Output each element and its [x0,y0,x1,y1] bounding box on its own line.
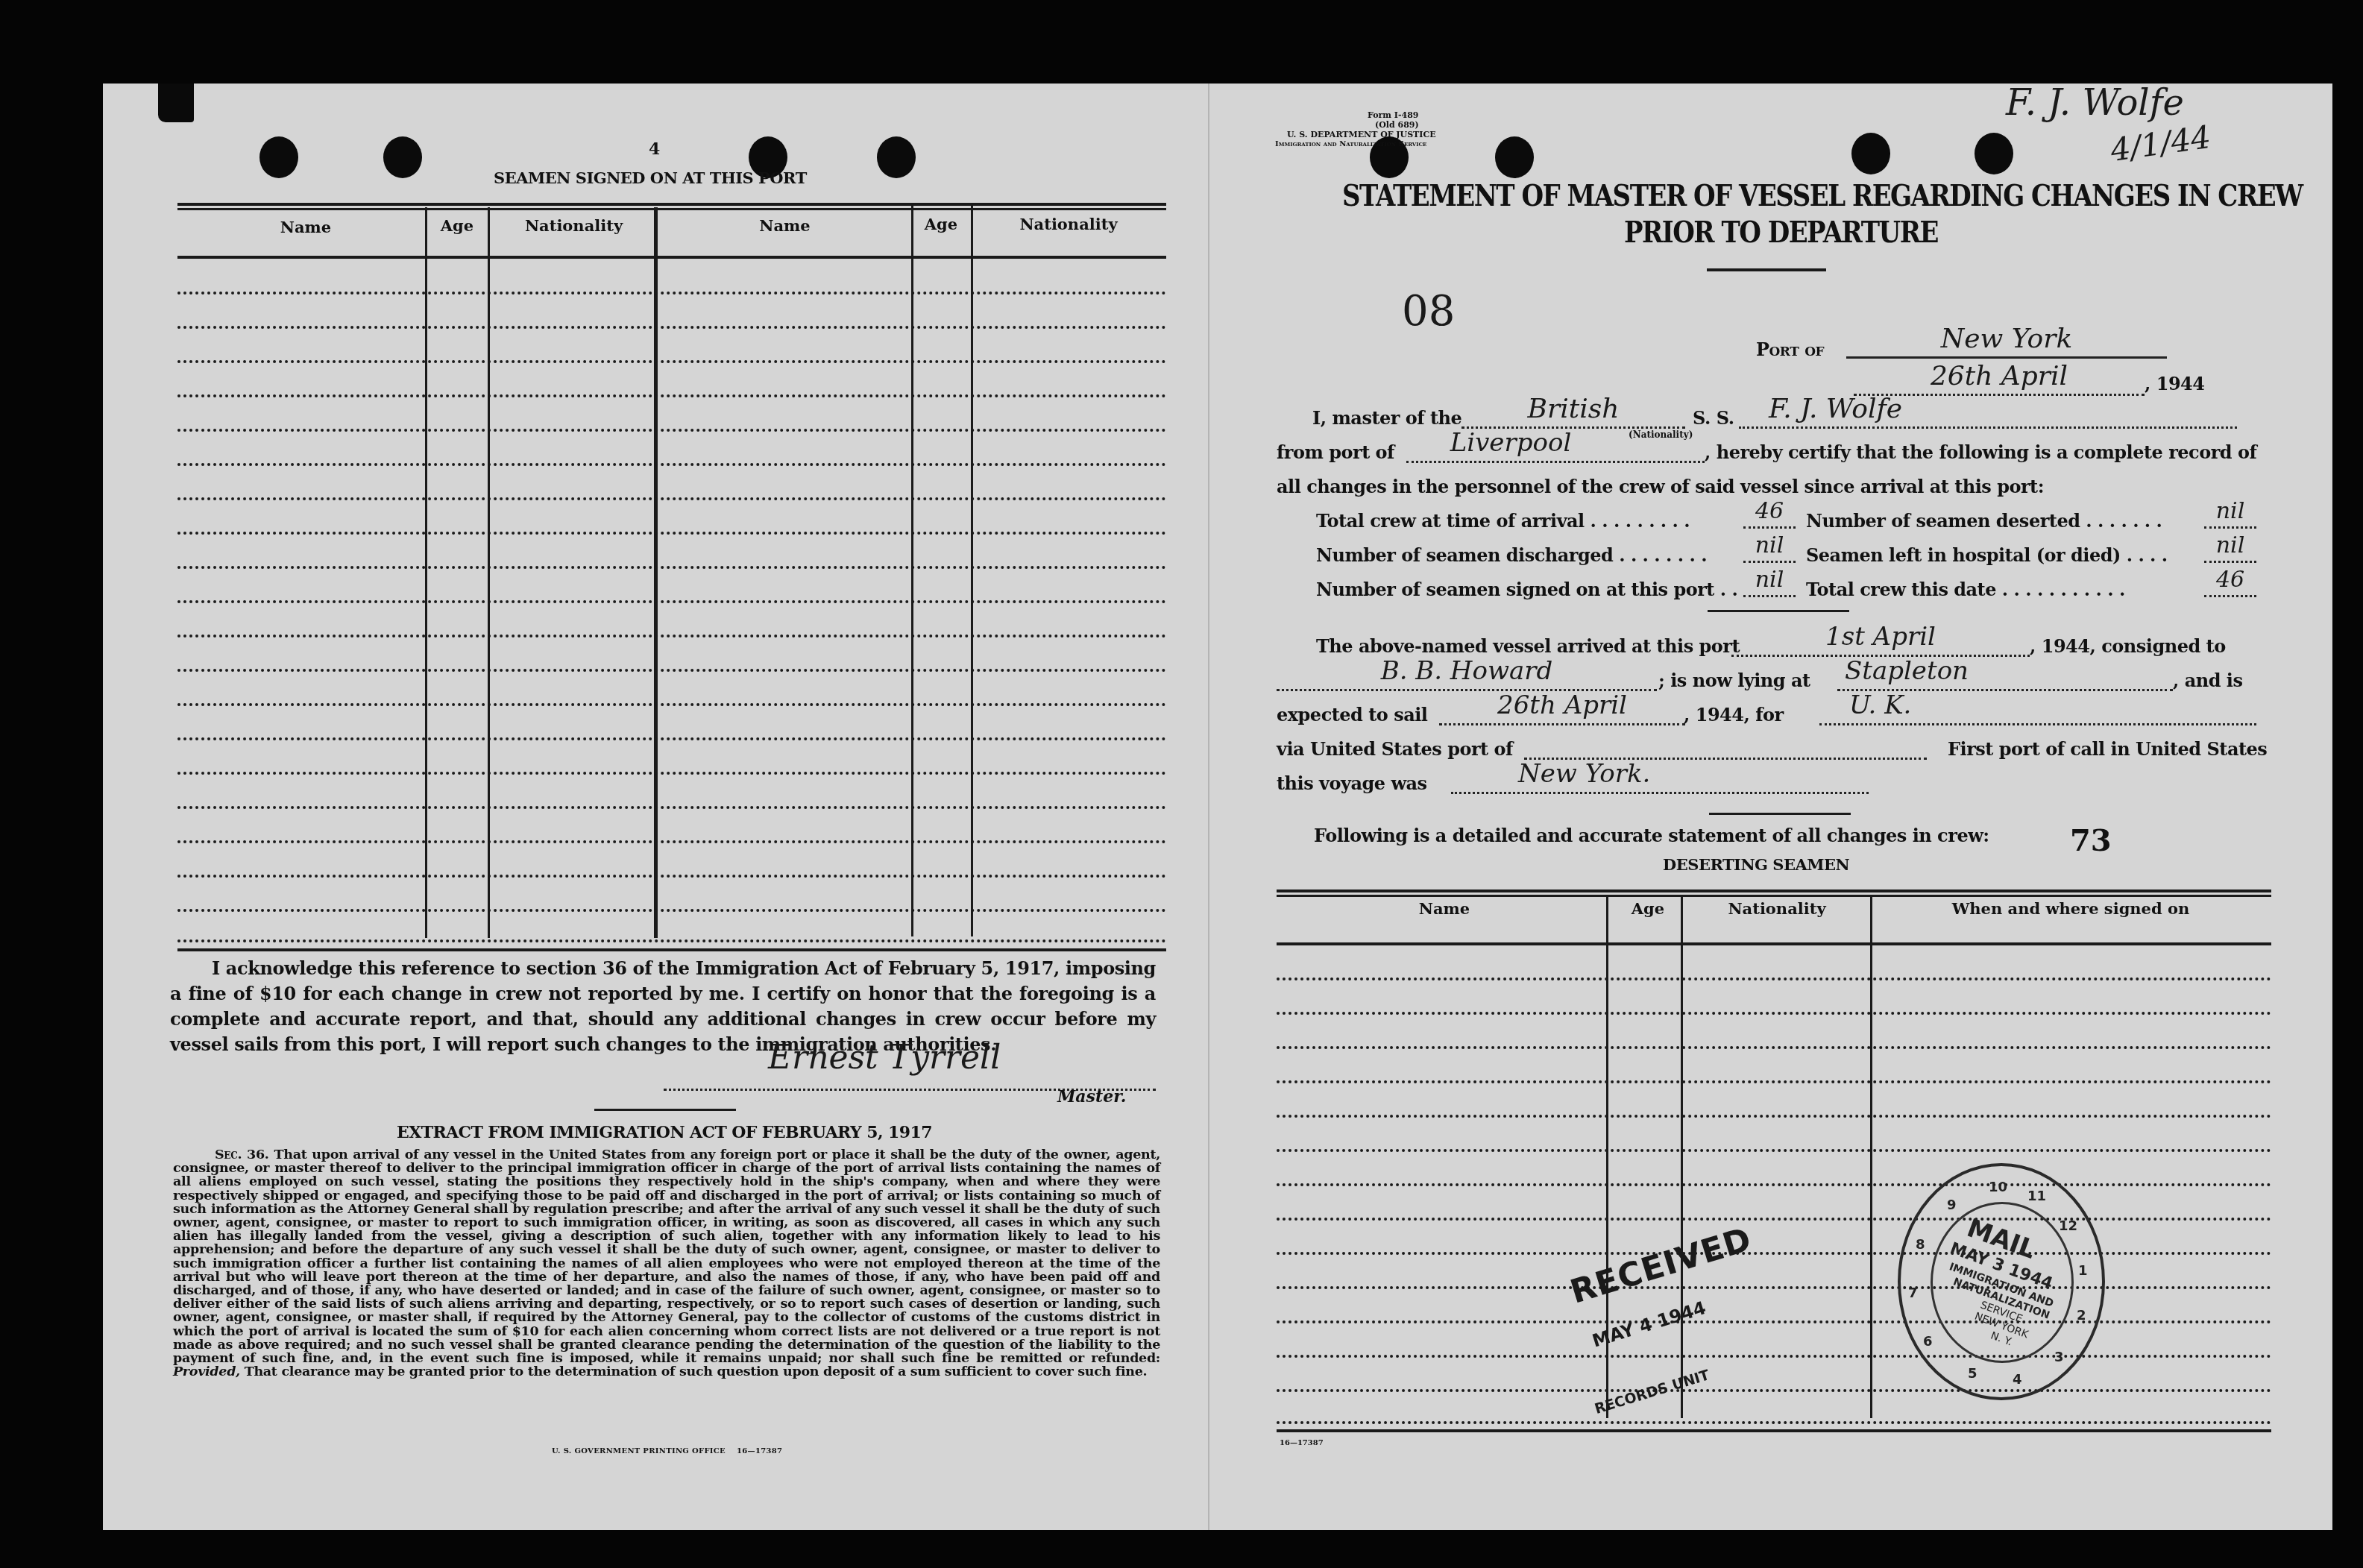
count-label: Total crew at time of arrival . . . . . … [1316,510,1690,532]
table-row[interactable] [1277,1218,2271,1221]
footer-code: 16—17387 [1280,1439,1324,1447]
voyage-field[interactable]: New York. [1451,765,1869,794]
table-bottom-rule [1277,1429,2271,1432]
master-label: I, master of the [1312,407,1461,429]
punch-hole [1975,133,2013,174]
table-top-rule [1277,890,2271,897]
punch-hole [877,136,916,178]
port-field[interactable]: New York [1846,330,2167,359]
divider-rule [1708,610,1849,612]
punch-hole [1851,133,1890,174]
consignee-field[interactable]: B. B. Howard [1277,662,1657,691]
table-row[interactable] [177,703,1166,706]
form-title-line-1: STATEMENT OF MASTER OF VESSEL REGARDING … [1342,179,2303,213]
count-field-total-arrival[interactable]: 46 [1743,504,1796,529]
port-label: Port of [1756,339,1824,360]
table-row[interactable] [177,600,1166,603]
clock-number: 5 [1968,1366,1977,1382]
table-row[interactable] [177,806,1166,809]
certify-text: , hereby certify that the following is a… [1705,441,2256,463]
table-row[interactable] [177,463,1166,466]
ss-label: S. S. [1693,407,1734,429]
extract-text: Sec. 36. That upon arrival of any vessel… [173,1148,1160,1379]
count-value: nil [2216,498,2245,524]
consignee-value: B. B. Howard [1381,656,1553,686]
torn-corner [158,84,194,122]
sail-date-value: 26th April [1497,690,1627,720]
column-header-signed-on: When and where signed on [1870,899,2271,918]
table-row[interactable] [177,429,1166,432]
count-value: 46 [2216,567,2244,593]
table-row[interactable] [1277,1286,2271,1289]
sail-year: , 1944, for [1684,704,1784,725]
count-label: Number of seamen deserted . . . . . . . [1806,510,2162,532]
following-text: Following is a detailed and accurate sta… [1314,825,1989,846]
service-name: Immigration and Naturalization Service [1275,140,1426,148]
department-name: U. S. DEPARTMENT OF JUSTICE [1287,130,1436,139]
first-port-label: First port of call in United States [1948,738,2267,760]
column-header-name: Name [179,218,432,236]
count-label: Number of seamen discharged . . . . . . … [1316,544,1707,566]
clock-number: 12 [2059,1218,2077,1234]
date-value: 26th April [1931,361,2068,391]
from-port-field[interactable]: Liverpool [1406,434,1705,463]
column-divider [911,206,913,936]
voyage-label: this voyage was [1277,772,1427,794]
column-header-nationality-2: Nationality [972,215,1165,233]
header-rule [1277,942,2271,945]
destination-value: U. K. [1849,690,1911,720]
section-title-deserting: DESERTING SEAMEN [1663,855,1849,874]
clock-number: 4 [2013,1372,2022,1388]
column-header-name: Name [1277,899,1612,918]
count-field-signed-on[interactable]: nil [1743,573,1796,597]
header-rule [177,256,1166,259]
lying-at-value: Stapleton [1845,656,1969,686]
sail-label: expected to sail [1277,704,1427,725]
count-value: nil [2216,532,2245,558]
acknowledgement-text: I acknowledge this reference to section … [170,956,1156,1057]
voyage-value: New York. [1518,759,1650,789]
clock-number: 11 [2027,1188,2046,1204]
extract-body: That upon arrival of any vessel in the U… [173,1147,1160,1366]
clock-number: 1 [2078,1263,2088,1279]
divider-rule [594,1109,736,1111]
destination-field[interactable]: U. K. [1819,696,2256,725]
table-row[interactable] [1277,1080,2271,1083]
divider-rule [1709,813,1851,815]
table-row[interactable] [177,292,1166,295]
table-row[interactable] [177,532,1166,535]
table-row[interactable] [177,737,1166,740]
page-fold [1208,84,1209,1530]
arrival-date-value: 1st April [1825,622,1936,652]
clock-number: 8 [1916,1237,1925,1253]
form-title-line-2: PRIOR TO DEPARTURE [1624,215,1938,250]
date-year: , 1944 [2145,373,2205,394]
table-row[interactable] [177,840,1166,843]
column-header-age: Age [427,216,487,235]
column-divider [1681,896,1683,1418]
ship-name-value: F. J. Wolfe [1769,394,1902,424]
handwritten-name: F. J. Wolfe [2006,82,2184,124]
extract-section-label: Sec. 36. [215,1147,269,1162]
arrival-date-field[interactable]: 1st April [1731,628,2030,657]
clock-number: 7 [1908,1285,1918,1301]
and-is-text: , and is [2173,670,2242,691]
punch-hole [383,136,422,178]
table-row[interactable] [177,326,1166,329]
master-label: Master. [1057,1087,1126,1106]
column-header-nationality: Nationality [490,216,658,235]
table-bottom-rule [177,948,1166,951]
sail-date-field[interactable]: 26th April [1439,696,1685,725]
column-divider [425,207,427,938]
count-value: nil [1755,567,1784,593]
table-row[interactable] [177,939,1166,942]
nationality-field[interactable]: British [1461,400,1685,429]
column-header-age: Age [1611,899,1685,918]
count-label: Total crew this date . . . . . . . . . .… [1806,579,2125,600]
table-row[interactable] [1277,1421,2271,1424]
table-row[interactable] [1277,1046,2271,1049]
table-row[interactable] [1277,1149,2271,1152]
stamped-number: 73 [2070,823,2112,858]
form-old-number: (Old 689) [1375,120,1419,130]
master-signature: Ernest Tyrrell [768,1039,1001,1077]
count-label: Seamen left in hospital (or died) . . . … [1806,544,2168,566]
column-header-age-2: Age [911,215,971,233]
form-number: Form I-489 [1368,110,1418,120]
section-title: SEAMEN SIGNED ON AT THIS PORT [494,169,807,187]
ship-name-field[interactable]: F. J. Wolfe [1739,400,2237,429]
arrival-year: , 1944, consigned to [2030,635,2226,657]
table-row[interactable] [177,360,1166,363]
table-row[interactable] [1277,1355,2271,1358]
table-row[interactable] [177,566,1166,569]
extract-provided: Provided, [173,1364,240,1379]
lying-at-field[interactable]: Stapleton [1837,662,2173,691]
count-field-discharged[interactable]: nil [1743,538,1796,563]
column-divider [1870,896,1872,1418]
table-top-rule [177,203,1166,210]
mail-stamp: 10 11 12 1 2 3 4 5 6 7 8 9 MAIL MAY 3 19… [1898,1163,2105,1400]
clock-number: 2 [2077,1308,2086,1323]
table-row[interactable] [177,497,1166,500]
count-value: nil [1755,532,1784,558]
extract-title: EXTRACT FROM IMMIGRATION ACT OF FEBRUARY… [397,1123,932,1142]
count-label: Number of seamen signed on at this port … [1316,579,1737,600]
table-row[interactable] [177,909,1166,912]
port-value: New York [1941,324,2072,354]
page-number: 4 [649,139,660,159]
nationality-value: British [1528,394,1620,424]
column-header-nationality: Nationality [1684,899,1870,918]
count-field-hospital[interactable]: nil [2204,538,2256,563]
handwritten-mark: 08 [1402,287,1455,336]
extract-tail: That clearance may be granted prior to t… [245,1364,1148,1379]
from-port-label: from port of [1277,441,1394,463]
count-value: 46 [1755,498,1784,524]
table-row[interactable] [1277,1183,2271,1186]
table-row[interactable] [177,875,1166,878]
arrival-label: The above-named vessel arrived at this p… [1316,635,1740,657]
table-row[interactable] [1277,1012,2271,1015]
table-row[interactable] [1277,1252,2271,1255]
clock-number: 6 [1923,1334,1933,1350]
table-row[interactable] [177,394,1166,397]
count-field-total-date[interactable]: 46 [2204,573,2256,597]
column-header-name-2: Name [656,216,913,235]
column-divider-double [654,207,658,938]
via-label: via United States port of [1277,738,1513,760]
table-row[interactable] [177,669,1166,672]
certify-text-2: all changes in the personnel of the crew… [1277,476,2044,497]
lying-label: ; is now lying at [1658,670,1810,691]
count-field-deserted[interactable]: nil [2204,504,2256,529]
column-divider [971,206,973,936]
title-rule [1707,268,1826,271]
printer-line: U. S. GOVERNMENT PRINTING OFFICE 16—1738… [552,1447,782,1455]
clock-number: 10 [1989,1180,2007,1195]
table-row[interactable] [1277,1320,2271,1323]
via-port-field[interactable] [1524,731,1927,760]
from-port-value: Liverpool [1450,428,1572,458]
column-divider [488,207,490,938]
punch-hole [259,136,298,178]
date-field[interactable]: 26th April [1854,367,2145,396]
punch-hole [1495,136,1534,178]
table-row[interactable] [1277,1389,2271,1392]
table-row[interactable] [177,772,1166,775]
table-row[interactable] [1277,977,2271,980]
table-row[interactable] [1277,1115,2271,1118]
table-row[interactable] [177,635,1166,637]
